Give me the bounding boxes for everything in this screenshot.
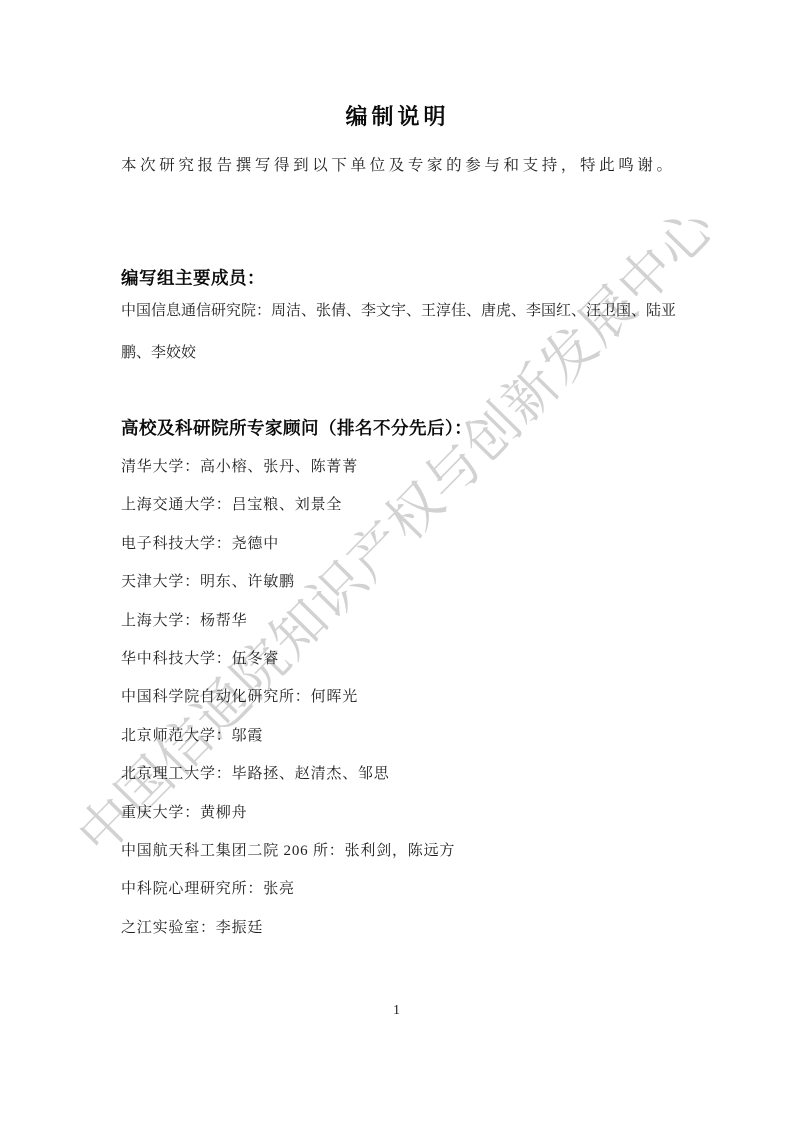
advisor-line: 天津大学：明东、许敏鹏: [121, 563, 674, 601]
advisor-line: 重庆大学：黄柳舟: [121, 794, 674, 832]
members-line: 中国信息通信研究院：周洁、张倩、李文宇、王淳佳、唐虎、李国红、汪卫国、陆亚: [121, 290, 674, 332]
page-title: 编制说明: [121, 101, 674, 133]
advisors-section-heading: 高校及科研院所专家顾问（排名不分先后）：: [121, 416, 674, 440]
page-content: 编制说明 本次研究报告撰写得到以下单位及专家的参与和支持，特此鸣谢。 编写组主要…: [121, 0, 674, 947]
advisor-line: 北京理工大学：毕路拯、赵清杰、邹思: [121, 755, 674, 793]
advisor-line: 清华大学：高小榕、张丹、陈菁菁: [121, 448, 674, 486]
members-line: 鹏、李姣姣: [121, 332, 674, 374]
advisor-line: 之江实验室：李振廷: [121, 909, 674, 947]
page-number: 1: [0, 1001, 793, 1021]
advisor-line: 华中科技大学：伍冬睿: [121, 640, 674, 678]
document-page: 中国信通院知识产权与创新发展中心 编制说明 本次研究报告撰写得到以下单位及专家的…: [0, 0, 793, 1122]
advisor-line: 北京师范大学：邬霞: [121, 717, 674, 755]
intro-paragraph: 本次研究报告撰写得到以下单位及专家的参与和支持，特此鸣谢。: [121, 153, 674, 179]
advisor-line: 中国科学院自动化研究所：何晖光: [121, 678, 674, 716]
advisor-line: 电子科技大学：尧德中: [121, 525, 674, 563]
advisor-line: 中科院心理研究所：张亮: [121, 870, 674, 908]
advisor-line: 中国航天科工集团二院 206 所：张利剑，陈远方: [121, 832, 674, 870]
advisor-line: 上海大学：杨帮华: [121, 602, 674, 640]
advisor-line: 上海交通大学：吕宝粮、刘景全: [121, 486, 674, 524]
advisors-list: 清华大学：高小榕、张丹、陈菁菁 上海交通大学：吕宝粮、刘景全 电子科技大学：尧德…: [121, 448, 674, 947]
members-section-heading: 编写组主要成员：: [121, 266, 674, 290]
